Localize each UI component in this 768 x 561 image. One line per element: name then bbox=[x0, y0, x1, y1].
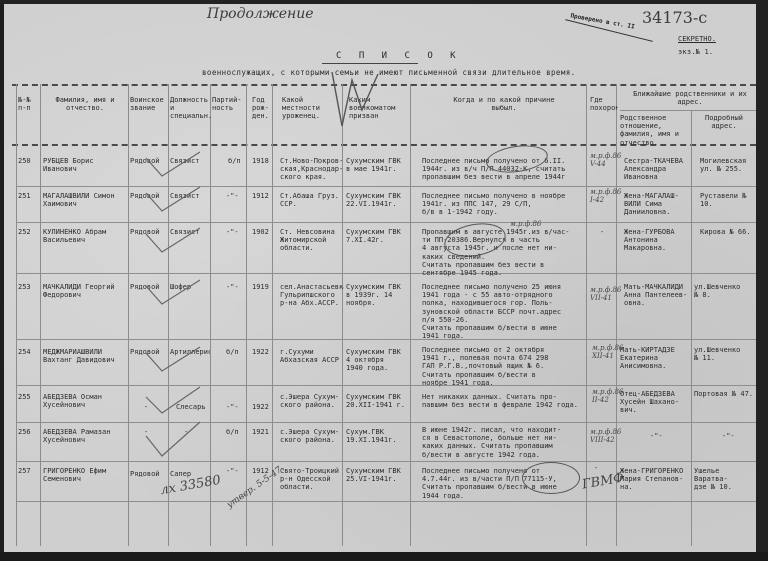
col-divider bbox=[40, 84, 41, 546]
row-num: 251 bbox=[18, 192, 31, 200]
row-relative: Мать-МАЧКАЛИДИ Анна Пантелеев- овна. bbox=[624, 283, 692, 308]
row-num: 256 bbox=[18, 428, 31, 436]
row-draft: Сухумским ГВК 20.XII-1941 г. bbox=[346, 393, 410, 409]
check-mark-icon bbox=[144, 278, 204, 308]
row-birthplace: с.Эшера Сухум- ского района. bbox=[280, 393, 344, 409]
header-party: Партий-ность bbox=[212, 96, 246, 112]
row-birthplace: с.Эшера Сухум- ского района. bbox=[280, 428, 344, 444]
row-relative: Жена-МАГАЛАШ- ВИЛИ Сима Данииловна. bbox=[624, 192, 692, 217]
row-position: Сапер bbox=[170, 470, 191, 478]
header-num: №-№ п-п bbox=[18, 96, 40, 112]
row-when-why: Последнее письмо от 2 октября 1941 г., п… bbox=[422, 346, 590, 387]
row-party: -"- bbox=[226, 228, 239, 236]
header-birth-year: Год рож-ден. bbox=[252, 96, 274, 121]
scan-border-bottom bbox=[0, 552, 768, 561]
row-num: 254 bbox=[18, 348, 31, 356]
row-party: б/п bbox=[226, 428, 239, 436]
row-party: -"- bbox=[226, 283, 239, 291]
relatives-subheader-rule bbox=[620, 110, 756, 111]
header-name: Фамилия, имя и отчество. bbox=[44, 96, 126, 112]
row-address: -"- bbox=[722, 432, 735, 440]
row-birth-year: 1902 bbox=[252, 228, 269, 236]
row-name: АБЕДЗЕВА Рамазан Хусейнович bbox=[43, 428, 129, 444]
row-birth-year: 1912 bbox=[252, 192, 269, 200]
row-address: Руставели № 10. bbox=[700, 192, 756, 208]
row-divider bbox=[16, 461, 756, 462]
check-mark-icon bbox=[144, 226, 204, 256]
row-birthplace: г.Сухуми Абхазская АССР bbox=[280, 348, 344, 364]
copy-number: экз.№ 1. bbox=[678, 48, 713, 56]
scan-border-top bbox=[0, 0, 768, 4]
row-buried: - bbox=[600, 228, 604, 236]
row-draft: Сухумским ГВК в 1939г. 14 ноября. bbox=[346, 283, 410, 308]
row-name: АБЕДЗЕВА Осман Хусейнович bbox=[43, 393, 129, 409]
row-name: МАЧКАЛИДИ Георгий Федорович bbox=[43, 283, 129, 299]
document-title: С П И С О К bbox=[336, 51, 462, 61]
row-divider bbox=[16, 186, 756, 187]
scan-border-right bbox=[756, 0, 768, 561]
col-divider bbox=[16, 84, 17, 546]
row-draft: Сухумским ГВК 4 октября 1940 года. bbox=[346, 348, 410, 373]
row-draft: Сухумским ГВК 22.VI.1941г. bbox=[346, 192, 410, 208]
row-handwritten-note: м.р.ф.86 VII-41 bbox=[590, 286, 621, 302]
header-when-why: Когда и по какой причине выбыл. bbox=[444, 96, 564, 112]
row-birthplace: Ст.Ново-Покров- ская,Краснодар- ского кр… bbox=[280, 157, 344, 182]
header-buried: Где похоронен. bbox=[590, 96, 618, 112]
document-page: Продолжение Проверено в ст. II 34173-с С… bbox=[4, 0, 756, 552]
header-position: Должность и специальн. bbox=[170, 96, 212, 121]
row-when-why: Последнее письмо получено 25 июня 1941 г… bbox=[422, 283, 590, 340]
row-relative: Сестра-ТКАЧЕВА Александра Ивановна bbox=[624, 157, 692, 182]
check-mark-icon bbox=[144, 420, 204, 460]
row-party: б/п bbox=[228, 157, 241, 165]
row-draft: Сухумским ГВК в мае 1941г. bbox=[346, 157, 410, 173]
row-when-why: В июне 1942г. писал, что находит- ся в С… bbox=[422, 426, 590, 459]
row-address: ул.Шевченко № 8. bbox=[694, 283, 754, 299]
row-party: -"- bbox=[226, 467, 239, 475]
check-mark-icon bbox=[322, 70, 382, 130]
row-buried: - bbox=[594, 464, 598, 472]
title-underline bbox=[322, 63, 418, 64]
row-party: -"- bbox=[226, 403, 239, 411]
row-handwritten-note: м.р.ф.86 VIII-42 bbox=[590, 428, 621, 444]
classification-label: СЕКРЕТНО. bbox=[678, 35, 716, 43]
row-divider bbox=[16, 422, 756, 423]
row-divider bbox=[16, 385, 756, 386]
row-handwritten-note: м.р.ф.86 bbox=[510, 220, 541, 228]
row-address: ул.Шевченко № 11. bbox=[694, 346, 754, 362]
row-birth-year: 1918 bbox=[252, 157, 269, 165]
row-name: РУБЦЕВ Борис Иванович bbox=[43, 157, 129, 173]
row-birth-year: 1922 bbox=[252, 403, 269, 411]
row-handwritten-note: м.р.ф.86 XII-41 bbox=[592, 344, 623, 360]
row-draft: Сухум.ГВК 19.XI.1941г. bbox=[346, 428, 410, 444]
row-address: Ушелье Варатва- дзе № 10. bbox=[694, 467, 756, 492]
row-divider bbox=[16, 222, 756, 223]
header-relative: Родственное отношение, фамилия, имя и от… bbox=[620, 114, 690, 147]
row-relative: Отец-АБЕДЗЕВА Хусейн Шахано- вич. bbox=[620, 390, 690, 415]
row-handwritten-note: м.р.ф.86 V-44 bbox=[590, 152, 621, 168]
row-birthplace: Свято-Троицкий р-н Одесской области. bbox=[280, 467, 344, 492]
row-divider bbox=[16, 273, 756, 274]
col-divider bbox=[410, 84, 411, 546]
row-address: Портовая № 47. bbox=[694, 390, 756, 398]
row-name: КУЛИНЕНКО Абрам Васильевич bbox=[43, 228, 129, 244]
pencil-circle-mark bbox=[522, 462, 580, 494]
row-num: 255 bbox=[18, 393, 31, 401]
row-relative: Жена-ГРИГОРЕНКО Мария Степанов- на. bbox=[620, 467, 692, 492]
header-relatives-group: Ближайшие родственники и их адрес. bbox=[624, 90, 756, 106]
row-name: МЕДЖМАРИАШВИЛИ Вахтанг Давидович bbox=[43, 348, 129, 364]
check-mark-icon bbox=[144, 150, 204, 180]
document-subtitle: военнослужащих, с которыми семьи не имею… bbox=[202, 68, 576, 77]
row-address: Кирова № 66. bbox=[700, 228, 756, 236]
row-relative: Жена-ГУРБОВА Антонина Макаровна. bbox=[624, 228, 692, 253]
row-address: Могилевская ул. № 255. bbox=[700, 157, 756, 173]
row-draft: Сухумским ГВК 7.XI.42г. bbox=[346, 228, 410, 244]
row-birth-year: 1919 bbox=[252, 283, 269, 291]
col-divider bbox=[246, 84, 247, 546]
row-num: 253 bbox=[18, 283, 31, 291]
row-when-why: Нет никаких данных. Считать про- павшим … bbox=[422, 393, 597, 409]
header-address: Подробный адрес. bbox=[694, 114, 754, 130]
row-birth-year: 1922 bbox=[252, 348, 269, 356]
row-num: 250 bbox=[18, 157, 31, 165]
row-divider bbox=[16, 339, 756, 340]
row-divider bbox=[16, 501, 756, 502]
row-draft: Сухумским ГВК 25.VI-1941г. bbox=[346, 467, 410, 483]
row-handwritten-note: м.р.ф.86 II-42 bbox=[592, 388, 623, 404]
row-relative: Мать-КИРТАДЗЕ Екатерина Анисимовна. bbox=[620, 346, 690, 371]
header-rank: Воинское звание bbox=[130, 96, 168, 112]
handwritten-heading: Продолжение bbox=[207, 6, 314, 22]
row-birthplace: Ст. Невсовина Житомирской области. bbox=[280, 228, 344, 253]
row-name: ГРИГОРЕНКО Ефим Семенович bbox=[43, 467, 129, 483]
row-when-why: Последнее письмо получено в ноябре 1941г… bbox=[422, 192, 590, 217]
check-mark-icon bbox=[144, 185, 204, 215]
row-num: 257 bbox=[18, 467, 31, 475]
row-num: 252 bbox=[18, 228, 31, 236]
row-birthplace: Ст.Абаша Груз. ССР. bbox=[280, 192, 344, 208]
row-birth-year: 1921 bbox=[252, 428, 269, 436]
row-relative: -"- bbox=[650, 432, 663, 440]
row-party: б/п bbox=[226, 348, 239, 356]
row-birthplace: сел.Анастасьевка Гульрипшского р-на Абх.… bbox=[280, 283, 344, 308]
row-party: -"- bbox=[226, 192, 239, 200]
table-top-rule bbox=[12, 84, 756, 86]
check-mark-icon bbox=[144, 385, 204, 415]
row-name: МАГАЛАШВИЛИ Симон Хаимович bbox=[43, 192, 129, 208]
archive-number: 34173-с bbox=[642, 8, 707, 27]
row-rank: Рядовой bbox=[130, 470, 160, 478]
check-mark-icon bbox=[144, 345, 204, 375]
row-handwritten-note: м.р.ф.86 I-42 bbox=[590, 188, 621, 204]
